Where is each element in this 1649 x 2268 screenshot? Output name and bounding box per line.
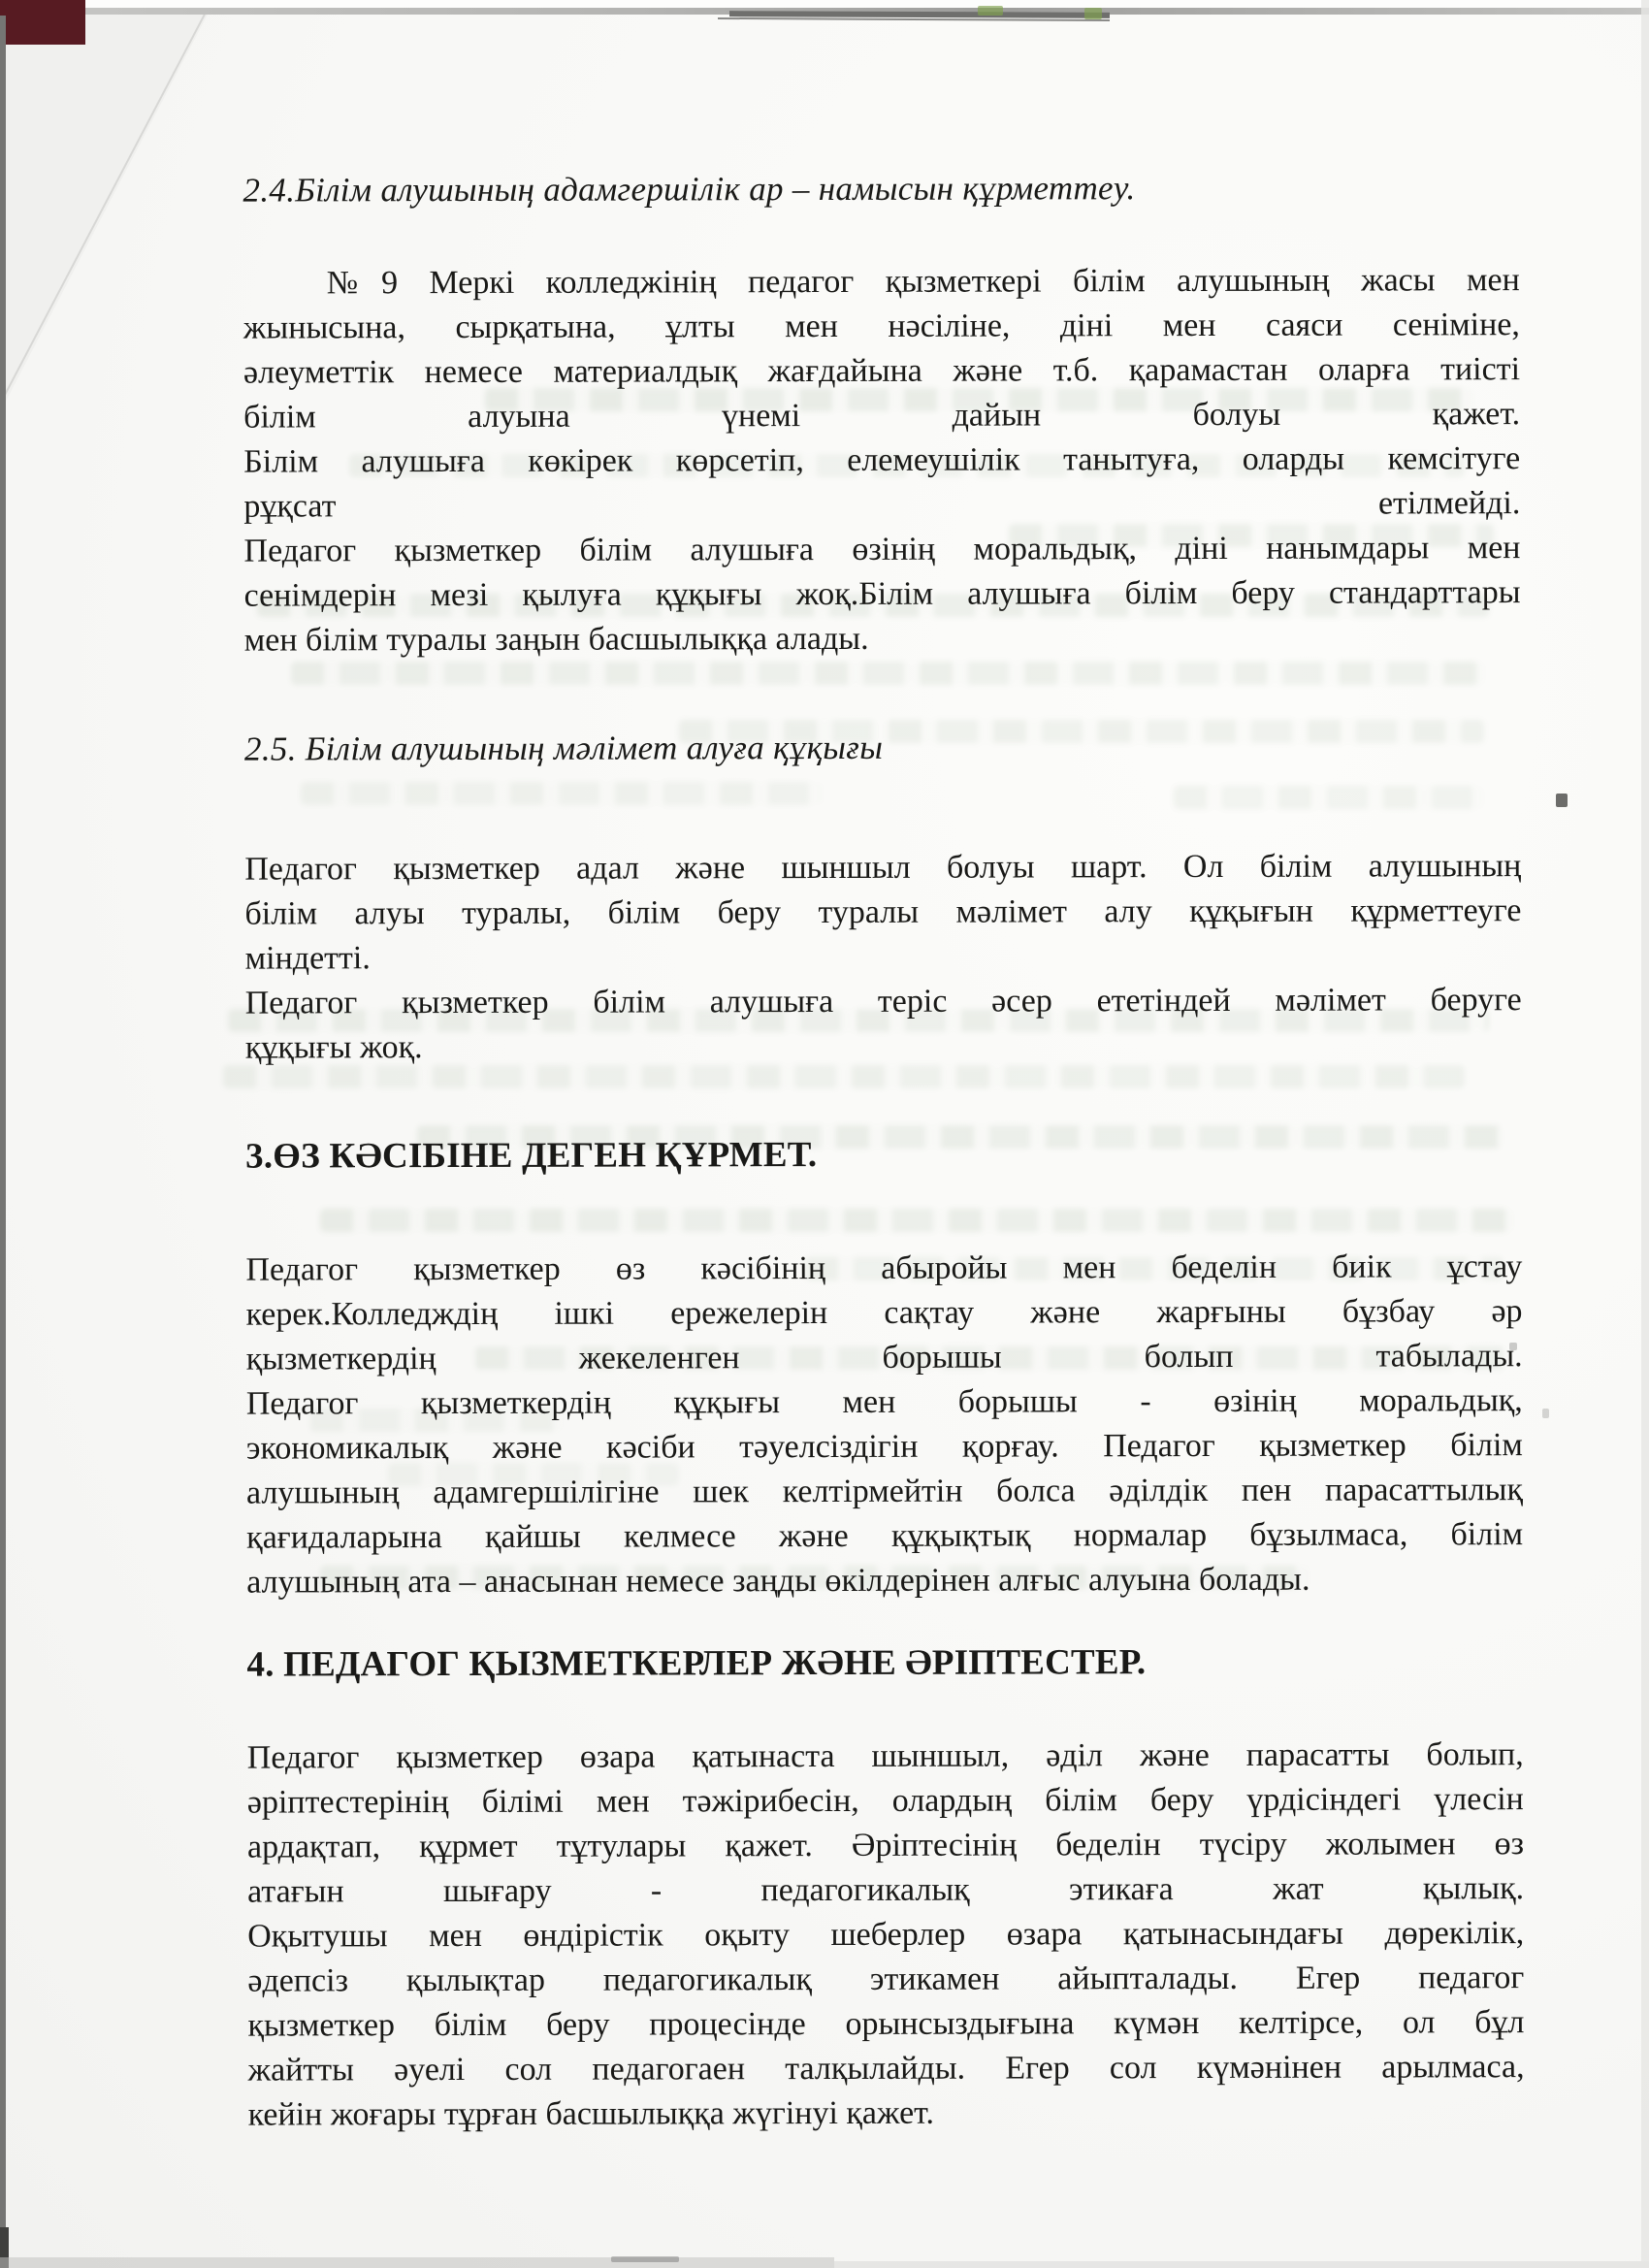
- paragraph-line: жынысына, сырқатына, ұлты мен нәсіліне, …: [243, 303, 1520, 350]
- maroon-corner-mark: [0, 0, 85, 45]
- bleed-through-line: [320, 1209, 1513, 1232]
- ink-speck: [1542, 1409, 1549, 1418]
- ink-speck: [1556, 794, 1568, 807]
- paragraph-line: алушының ата – анасынан немесе заңды өкі…: [246, 1557, 1523, 1604]
- heading-text: 2.4.Білім алушының адамгершілік ар – нам…: [242, 165, 1519, 212]
- paragraph-line: міндетті.: [245, 933, 1522, 981]
- scan-left-edge: [0, 16, 6, 2268]
- scan-right-edge: [1641, 0, 1649, 2268]
- paragraph-line: білім алуына үнемі дайын болуы қажет.: [243, 392, 1520, 439]
- scan-bottom-band-right: [834, 2261, 1649, 2268]
- section-heading-4: 4. ПЕДАГОГ ҚЫЗМЕТКЕРЛЕР ЖӘНЕ ӘРІПТЕСТЕР.: [246, 1639, 1523, 1687]
- paragraph-line: Білім алушыға көкірек көрсетіп, елемеуші…: [243, 437, 1520, 484]
- ink-speck: [611, 2256, 679, 2262]
- paragraph-line: сенімдерін мезі қылуға құқығы жоқ.Білім …: [244, 570, 1521, 618]
- paragraph-line: қызметкер білім беру процесінде орынсызд…: [247, 2000, 1524, 2048]
- bleed-through-line: [291, 662, 1484, 685]
- paragraph-line: Педагог қызметкер білім алушыға өзінің м…: [243, 526, 1520, 573]
- scan-bottom-band: [0, 2257, 834, 2268]
- paragraph-line: ардақтап, құрмет тұтулары қажет. Әріптес…: [247, 1822, 1524, 1869]
- scanned-document-page: 2.4.Білім алушының адамгершілік ар – нам…: [0, 0, 1649, 2268]
- paragraph-line: Педагог қызметкердің құқығы мен борышы -…: [246, 1378, 1523, 1426]
- paragraph-line: №9 Меркі колледжінің педагог қызметкері …: [243, 258, 1520, 306]
- paragraph-4: Педагог қызметкер өзара қатынаста шыншыл…: [247, 1733, 1525, 2137]
- scan-green-speck: [978, 6, 1003, 16]
- paragraph-line: Педагог қызметкер адал және шыншыл болуы…: [244, 844, 1521, 891]
- section-heading-2-5: 2.5. Білім алушының мәлімет алуға құқығы: [244, 724, 1521, 771]
- bleed-through-line: [301, 782, 824, 805]
- paragraph-line: әдепсіз қылықтар педагогикалық этикамен …: [247, 1956, 1524, 2003]
- paragraph-line: Оқытушы мен өндірістік оқыту шеберлер өз…: [247, 1911, 1524, 1959]
- scan-top-edge: [0, 0, 1649, 8]
- heading-text: 4. ПЕДАГОГ ҚЫЗМЕТКЕРЛЕР ЖӘНЕ ӘРІПТЕСТЕР.: [246, 1639, 1523, 1687]
- paragraph-line: атағын шығару - педагогикалық этикаға жа…: [247, 1866, 1524, 1914]
- heading-text: 2.5. Білім алушының мәлімет алуға құқығы: [244, 724, 1521, 771]
- paragraph-line: білім алуы туралы, білім беру туралы мәл…: [244, 889, 1521, 936]
- section-heading-2-4: 2.4.Білім алушының адамгершілік ар – нам…: [242, 165, 1519, 212]
- paragraph-line: рұқсат етілмейді.: [243, 481, 1520, 529]
- paragraph-2-4: №9 Меркі колледжінің педагог қызметкері …: [243, 258, 1521, 663]
- paragraph-line: алушының адамгершілігіне шек келтірмейті…: [246, 1468, 1523, 1515]
- scan-green-speck: [1084, 8, 1102, 19]
- paragraph-line: экономикалық және кәсіби тәуелсіздігін қ…: [246, 1423, 1523, 1471]
- paragraph-line: әріптестерінің білімі мен тәжірибесін, о…: [247, 1777, 1524, 1825]
- paragraph-line: әлеуметтік немесе материалдық жағдайына …: [243, 347, 1520, 395]
- paragraph-line: құқығы жоқ.: [245, 1022, 1522, 1070]
- paragraph-line: керек.Колледждің ішкі ережелерін сақтау …: [245, 1289, 1522, 1337]
- paragraph-line: мен білім туралы заңын басшылыққа алады.: [244, 615, 1521, 663]
- paragraph-3: Педагог қызметкер өз кәсібінің абыройы м…: [245, 1245, 1523, 1604]
- heading-text: 3.ӨЗ КӘСІБІНЕ ДЕГЕН ҚҰРМЕТ.: [245, 1131, 1522, 1179]
- paragraph-2-5: Педагог қызметкер адал және шыншыл болуы…: [244, 844, 1522, 1070]
- paragraph-line: қызметкердің жекеленген борышы болып таб…: [246, 1334, 1523, 1381]
- paragraph-line: Педагог қызметкер өз кәсібінің абыройы м…: [245, 1245, 1522, 1292]
- paragraph-line: Педагог қызметкер өзара қатынаста шыншыл…: [247, 1733, 1524, 1780]
- paragraph-line: жайтты әуелі сол педагогаен талқылайды. …: [248, 2045, 1525, 2092]
- paragraph-line: кейін жоғары тұрған басшылыққа жүгінуі қ…: [248, 2090, 1525, 2137]
- paragraph-line: қағидаларына қайшы келмесе және құқықтық…: [246, 1512, 1523, 1560]
- bleed-through-line: [1174, 786, 1484, 809]
- paragraph-line: Педагог қызметкер білім алушыға теріс әс…: [245, 978, 1522, 1025]
- section-heading-3: 3.ӨЗ КӘСІБІНЕ ДЕГЕН ҚҰРМЕТ.: [245, 1131, 1522, 1179]
